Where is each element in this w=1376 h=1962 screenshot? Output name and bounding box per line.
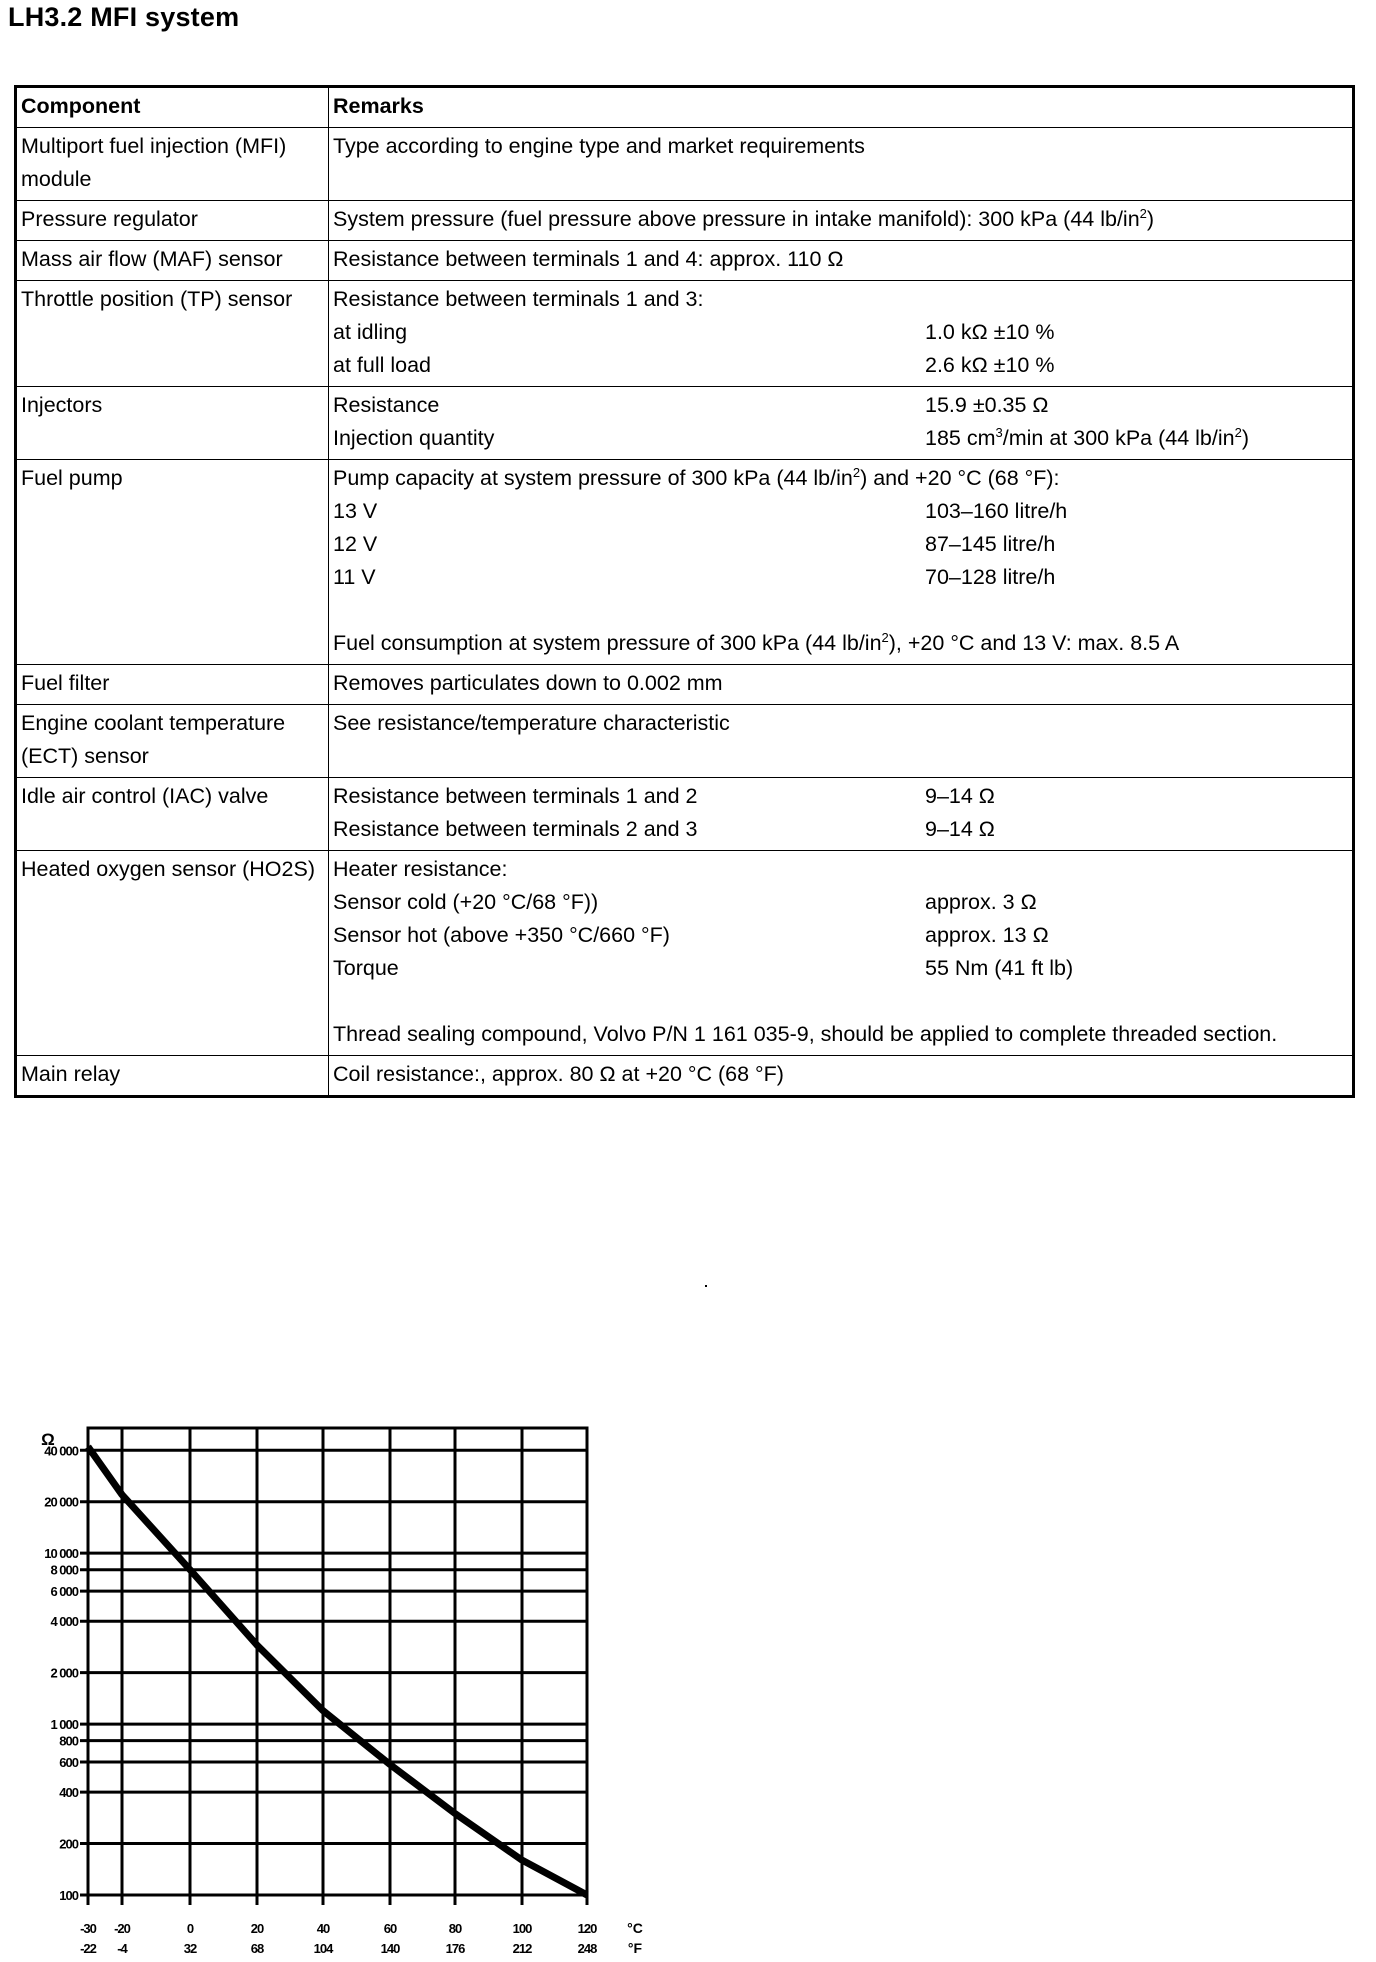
y-tick-label: 100	[59, 1888, 78, 1903]
remark-line: Resistance between terminals 1 and 3:	[333, 283, 1348, 316]
remark-value: 1.0 kΩ ±10 %	[925, 316, 1348, 349]
x-axis-unit-celsius: °C	[627, 1920, 643, 1936]
table-row: Throttle position (TP) sensorResistance …	[16, 281, 1354, 387]
remark-label: Injection quantity	[333, 422, 925, 455]
remark-line: Coil resistance:, approx. 80 Ω at +20 °C…	[333, 1058, 1348, 1091]
table-row: Fuel pumpPump capacity at system pressur…	[16, 460, 1354, 665]
remarks-cell: Pump capacity at system pressure of 300 …	[329, 460, 1354, 665]
remark-value: 9–14 Ω	[925, 813, 1348, 846]
y-tick-label: 400	[59, 1785, 78, 1800]
y-tick-label: 200	[59, 1837, 78, 1852]
x-tick-label-celsius: -30	[80, 1921, 97, 1936]
remark-line	[333, 594, 1348, 627]
remarks-cell: Resistance between terminals 1 and 4: ap…	[329, 241, 1354, 281]
resistance-curve	[88, 1447, 587, 1895]
table-row: Multiport fuel injection (MFI) moduleTyp…	[16, 128, 1354, 201]
remarks-cell: Type according to engine type and market…	[329, 128, 1354, 201]
table-row: Pressure regulatorSystem pressure (fuel …	[16, 201, 1354, 241]
remark-line: Resistance between terminals 1 and 29–14…	[333, 780, 1348, 813]
x-tick-label-fahrenheit: -22	[80, 1941, 97, 1956]
component-cell: Throttle position (TP) sensor	[16, 281, 329, 387]
y-tick-label: 2 000	[50, 1666, 78, 1681]
x-tick-label-celsius: 100	[513, 1921, 532, 1936]
remark-line: Heater resistance:	[333, 853, 1348, 886]
y-tick-label: 20 000	[44, 1495, 79, 1510]
remark-line: Injection quantity185 cm3/min at 300 kPa…	[333, 422, 1348, 455]
x-tick-label-fahrenheit: 68	[251, 1941, 264, 1956]
remark-label: 13 V	[333, 495, 925, 528]
remark-value: 70–128 litre/h	[925, 561, 1348, 594]
header-component: Component	[16, 87, 329, 128]
remark-line: at idling1.0 kΩ ±10 %	[333, 316, 1348, 349]
remark-label: 12 V	[333, 528, 925, 561]
page-title: LH3.2 MFI system	[8, 2, 239, 33]
y-tick-label: 600	[59, 1755, 78, 1770]
remark-value: 15.9 ±0.35 Ω	[925, 389, 1348, 422]
table-row: Mass air flow (MAF) sensorResistance bet…	[16, 241, 1354, 281]
x-tick-label-celsius: 40	[317, 1921, 330, 1936]
remark-line: 13 V103–160 litre/h	[333, 495, 1348, 528]
y-tick-label: 4 000	[50, 1614, 78, 1629]
y-axis-unit: Ω	[41, 1430, 55, 1449]
remarks-cell: Resistance between terminals 1 and 3:at …	[329, 281, 1354, 387]
remark-line: Sensor cold (+20 °C/68 °F))approx. 3 Ω	[333, 886, 1348, 919]
remark-line: Torque55 Nm (41 ft lb)	[333, 952, 1348, 985]
remark-line: Removes particulates down to 0.002 mm	[333, 667, 1348, 700]
component-cell: Multiport fuel injection (MFI) module	[16, 128, 329, 201]
remark-value: approx. 3 Ω	[925, 886, 1348, 919]
component-cell: Fuel filter	[16, 665, 329, 705]
remark-value: 2.6 kΩ ±10 %	[925, 349, 1348, 382]
component-cell: Mass air flow (MAF) sensor	[16, 241, 329, 281]
component-cell: Fuel pump	[16, 460, 329, 665]
remark-line	[333, 985, 1348, 1018]
x-tick-label-fahrenheit: 32	[184, 1941, 197, 1956]
remark-line: Type according to engine type and market…	[333, 130, 1348, 163]
component-cell: Engine coolant temperature (ECT) sensor	[16, 705, 329, 778]
x-tick-label-fahrenheit: 248	[578, 1941, 597, 1956]
x-axis-unit-fahrenheit: °F	[628, 1940, 643, 1956]
x-tick-label-celsius: 20	[251, 1921, 264, 1936]
component-cell: Injectors	[16, 387, 329, 460]
table-header-row: Component Remarks	[16, 87, 1354, 128]
remark-label: at idling	[333, 316, 925, 349]
remark-label: Sensor cold (+20 °C/68 °F))	[333, 886, 925, 919]
remark-line: Thread sealing compound, Volvo P/N 1 161…	[333, 1018, 1348, 1051]
remark-value: 103–160 litre/h	[925, 495, 1348, 528]
x-tick-label-fahrenheit: 176	[446, 1941, 465, 1956]
remark-line: System pressure (fuel pressure above pre…	[333, 203, 1348, 236]
remark-line: See resistance/temperature characteristi…	[333, 707, 1348, 740]
x-tick-label-celsius: 80	[449, 1921, 462, 1936]
remark-label: Resistance	[333, 389, 925, 422]
spec-table: Component Remarks Multiport fuel injecti…	[14, 85, 1355, 1098]
remark-line: Resistance between terminals 2 and 39–14…	[333, 813, 1348, 846]
remark-label: at full load	[333, 349, 925, 382]
x-tick-label-celsius: -20	[114, 1921, 131, 1936]
x-tick-label-celsius: 60	[384, 1921, 397, 1936]
table-row: Heated oxygen sensor (HO2S)Heater resist…	[16, 851, 1354, 1056]
table-row: Idle air control (IAC) valveResistance b…	[16, 778, 1354, 851]
remark-label: Sensor hot (above +350 °C/660 °F)	[333, 919, 925, 952]
x-tick-label-celsius: 120	[578, 1921, 597, 1936]
header-remarks: Remarks	[329, 87, 1354, 128]
remark-line: 11 V 70–128 litre/h	[333, 561, 1348, 594]
remark-value: 9–14 Ω	[925, 780, 1348, 813]
component-cell: Main relay	[16, 1056, 329, 1097]
remark-value: 55 Nm (41 ft lb)	[925, 952, 1348, 985]
remarks-cell: System pressure (fuel pressure above pre…	[329, 201, 1354, 241]
remarks-cell: Resistance between terminals 1 and 29–14…	[329, 778, 1354, 851]
remarks-cell: Removes particulates down to 0.002 mm	[329, 665, 1354, 705]
remark-line: Fuel consumption at system pressure of 3…	[333, 627, 1348, 660]
remark-line: 12 V 87–145 litre/h	[333, 528, 1348, 561]
x-tick-label-celsius: 0	[187, 1921, 194, 1936]
remark-value: 185 cm3/min at 300 kPa (44 lb/in2)	[925, 422, 1348, 455]
remark-label: 11 V	[333, 561, 925, 594]
remarks-cell: Resistance15.9 ±0.35 ΩInjection quantity…	[329, 387, 1354, 460]
y-tick-label: 800	[59, 1734, 78, 1749]
component-cell: Pressure regulator	[16, 201, 329, 241]
remark-value: approx. 13 Ω	[925, 919, 1348, 952]
plot-frame	[88, 1428, 587, 1895]
x-tick-label-fahrenheit: 212	[513, 1941, 532, 1956]
remark-label: Torque	[333, 952, 925, 985]
y-tick-label: 10 000	[44, 1546, 79, 1561]
table-row: Main relayCoil resistance:, approx. 80 Ω…	[16, 1056, 1354, 1097]
x-tick-label-fahrenheit: 104	[314, 1941, 334, 1956]
component-cell: Idle air control (IAC) valve	[16, 778, 329, 851]
y-tick-label: 8 000	[50, 1563, 78, 1578]
stray-dot	[705, 1285, 707, 1287]
y-tick-label: 1 000	[50, 1717, 78, 1732]
table-row: Engine coolant temperature (ECT) sensorS…	[16, 705, 1354, 778]
remark-value: 87–145 litre/h	[925, 528, 1348, 561]
remark-line: Sensor hot (above +350 °C/660 °F)approx.…	[333, 919, 1348, 952]
x-tick-label-fahrenheit: 140	[381, 1941, 400, 1956]
remarks-cell: Heater resistance:Sensor cold (+20 °C/68…	[329, 851, 1354, 1056]
component-cell: Heated oxygen sensor (HO2S)	[16, 851, 329, 1056]
remarks-cell: See resistance/temperature characteristi…	[329, 705, 1354, 778]
ect-resistance-chart: 40 00020 00010 0008 0006 0004 0002 0001 …	[0, 1400, 700, 1962]
remark-line: Pump capacity at system pressure of 300 …	[333, 462, 1348, 495]
remark-label: Resistance between terminals 1 and 2	[333, 780, 925, 813]
remark-line: Resistance15.9 ±0.35 Ω	[333, 389, 1348, 422]
x-tick-label-fahrenheit: -4	[117, 1941, 128, 1956]
table-row: Fuel filterRemoves particulates down to …	[16, 665, 1354, 705]
remark-label: Resistance between terminals 2 and 3	[333, 813, 925, 846]
remarks-cell: Coil resistance:, approx. 80 Ω at +20 °C…	[329, 1056, 1354, 1097]
y-tick-label: 6 000	[50, 1584, 78, 1599]
table-row: InjectorsResistance15.9 ±0.35 ΩInjection…	[16, 387, 1354, 460]
remark-line: Resistance between terminals 1 and 4: ap…	[333, 243, 1348, 276]
remark-line: at full load2.6 kΩ ±10 %	[333, 349, 1348, 382]
